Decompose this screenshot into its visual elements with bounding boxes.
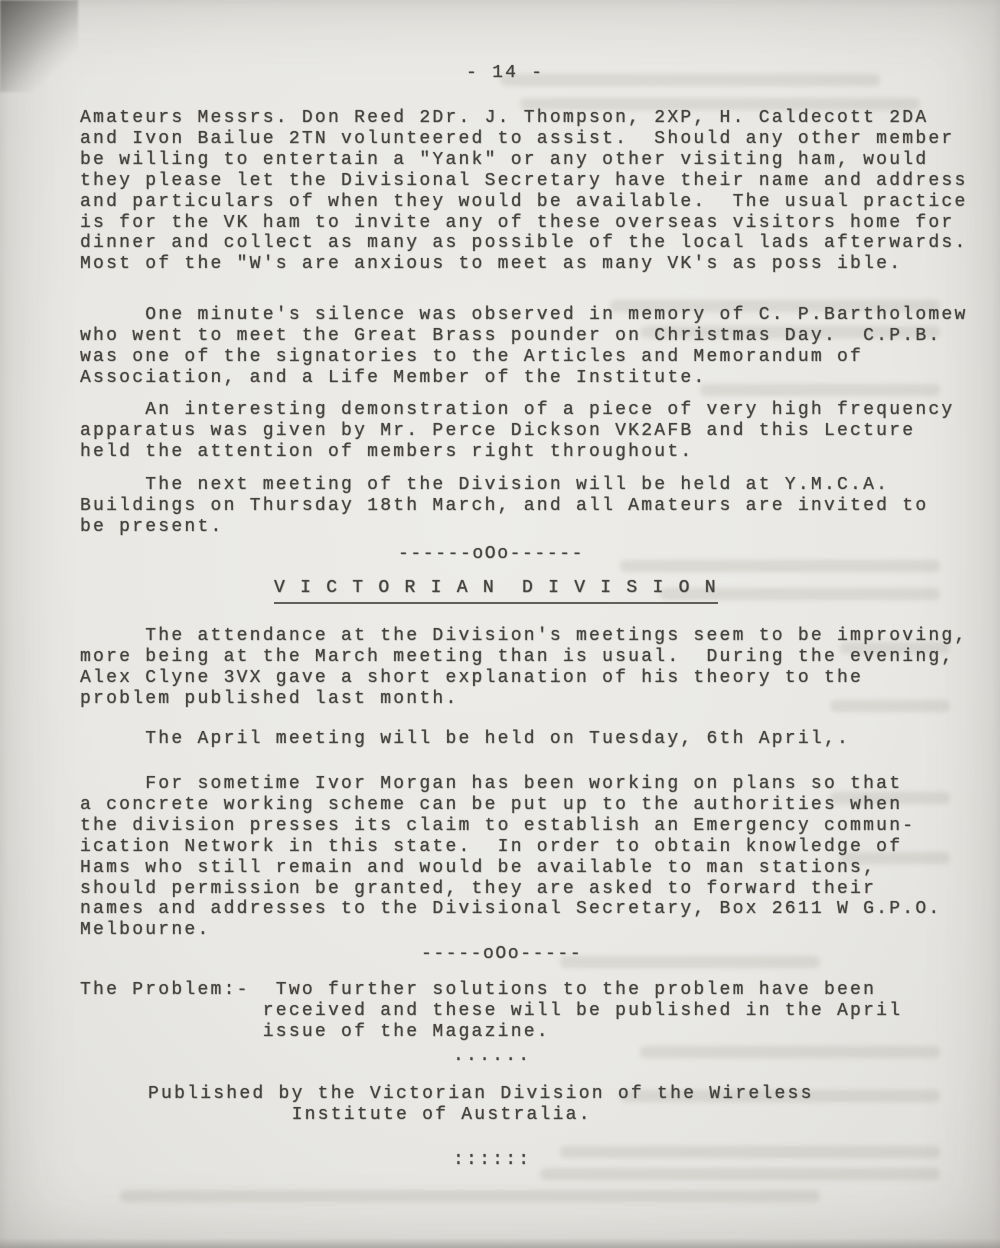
section-heading-victorian-division: V I C T O R I A N D I V I S I O N bbox=[274, 578, 718, 604]
text-line: be willing to entertain a "Yank" or any … bbox=[80, 150, 968, 171]
text-line: dinner and collect as many as possible o… bbox=[80, 233, 968, 254]
text-line: was one of the signatories to the Articl… bbox=[80, 347, 968, 368]
separator-ooo: -----oOo----- bbox=[421, 944, 582, 965]
paragraph-minutes-silence: One minute's silence was observed in mem… bbox=[80, 305, 968, 389]
text-line: The Problem:- Two further solutions to t… bbox=[80, 980, 902, 1001]
text-line: Institute of Australia. bbox=[148, 1105, 814, 1126]
scan-corner-artifact bbox=[0, 0, 78, 92]
end-mark-colons: :::::: bbox=[453, 1150, 531, 1171]
bleed-through-smudge bbox=[500, 74, 880, 86]
text-line: is for the VK ham to invite any of these… bbox=[80, 213, 968, 234]
text-line: and particulars of when they would be av… bbox=[80, 192, 968, 213]
text-line: who went to meet the Great Brass pounder… bbox=[80, 326, 968, 347]
text-line: Buildings on Thursday 18th March, and al… bbox=[80, 496, 928, 517]
separator-dots: ...... bbox=[453, 1046, 531, 1067]
scanned-document-page: - 14 - Amateurs Messrs. Don Reed 2Dr. J.… bbox=[0, 0, 1000, 1248]
text-line: names and addresses to the Divisional Se… bbox=[80, 899, 941, 920]
heading-label: V I C T O R I A N D I V I S I O N bbox=[274, 578, 718, 604]
bleed-through-smudge bbox=[560, 956, 820, 968]
text-line: Published by the Victorian Division of t… bbox=[148, 1084, 814, 1105]
paragraph-visiting-hams: Amateurs Messrs. Don Reed 2Dr. J. Thomps… bbox=[80, 108, 968, 275]
text-line: held the attention of members right thro… bbox=[80, 442, 954, 463]
text-line: apparatus was given by Mr. Perce Dickson… bbox=[80, 421, 954, 442]
paragraph-the-problem: The Problem:- Two further solutions to t… bbox=[80, 980, 902, 1043]
text-line: problem published last month. bbox=[80, 689, 968, 710]
text-line: more being at the March meeting than is … bbox=[80, 647, 968, 668]
text-line: The attendance at the Division's meeting… bbox=[80, 626, 968, 647]
paragraph-april-meeting: The April meeting will be held on Tuesda… bbox=[80, 729, 850, 750]
text-line: received and these will be published in … bbox=[80, 1001, 902, 1022]
text-line: ication Network in this state. In order … bbox=[80, 837, 941, 858]
text-line: The next meeting of the Division will be… bbox=[80, 475, 928, 496]
text-line: be present. bbox=[80, 517, 928, 538]
bleed-through-smudge bbox=[560, 1146, 940, 1158]
text-line: the division presses its claim to establ… bbox=[80, 816, 941, 837]
text-line: Association, and a Life Member of the In… bbox=[80, 368, 968, 389]
text-line: Hams who still remain and would be avail… bbox=[80, 858, 941, 879]
end-mark: :::::: bbox=[453, 1150, 531, 1171]
text-line: For sometime Ivor Morgan has been workin… bbox=[80, 774, 941, 795]
paragraph-attendance: The attendance at the Division's meeting… bbox=[80, 626, 968, 710]
page-number-label: - 14 - bbox=[466, 63, 544, 84]
text-line: Alex Clyne 3VX gave a short explanation … bbox=[80, 668, 968, 689]
text-line: One minute's silence was observed in mem… bbox=[80, 305, 968, 326]
bleed-through-smudge bbox=[120, 1190, 820, 1202]
text-line: Melbourne. bbox=[80, 920, 941, 941]
page-number: - 14 - bbox=[466, 63, 544, 84]
bleed-through-smudge bbox=[640, 1046, 940, 1058]
text-line: and Ivon Bailue 2TN volunteered to assis… bbox=[80, 129, 968, 150]
text-line: Most of the "W's are anxious to meet as … bbox=[80, 254, 968, 275]
imprint: Published by the Victorian Division of t… bbox=[148, 1084, 814, 1126]
text-line: An interesting demonstration of a piece … bbox=[80, 400, 954, 421]
text-line: Amateurs Messrs. Don Reed 2Dr. J. Thomps… bbox=[80, 108, 968, 129]
text-line: a concrete working scheme can be put up … bbox=[80, 795, 941, 816]
text-line: should permission be granted, they are a… bbox=[80, 879, 941, 900]
paragraph-next-meeting: The next meeting of the Division will be… bbox=[80, 475, 928, 538]
paragraph-vhf-demonstration: An interesting demonstration of a piece … bbox=[80, 400, 954, 463]
separator-ooo: ------oOo------ bbox=[398, 544, 584, 565]
text-line: issue of the Magazine. bbox=[80, 1022, 902, 1043]
bleed-through-smudge bbox=[620, 560, 940, 572]
bleed-through-smudge bbox=[540, 1168, 940, 1180]
scan-edge-shadow bbox=[0, 1238, 1000, 1248]
text-line: they please let the Divisional Secretary… bbox=[80, 171, 968, 192]
dots-separator: ...... bbox=[453, 1046, 531, 1067]
paragraph-emergency-network: For sometime Ivor Morgan has been workin… bbox=[80, 774, 941, 941]
section-separator: ------oOo------ bbox=[398, 544, 584, 565]
text-line: The April meeting will be held on Tuesda… bbox=[80, 729, 850, 750]
section-separator: -----oOo----- bbox=[421, 944, 582, 965]
